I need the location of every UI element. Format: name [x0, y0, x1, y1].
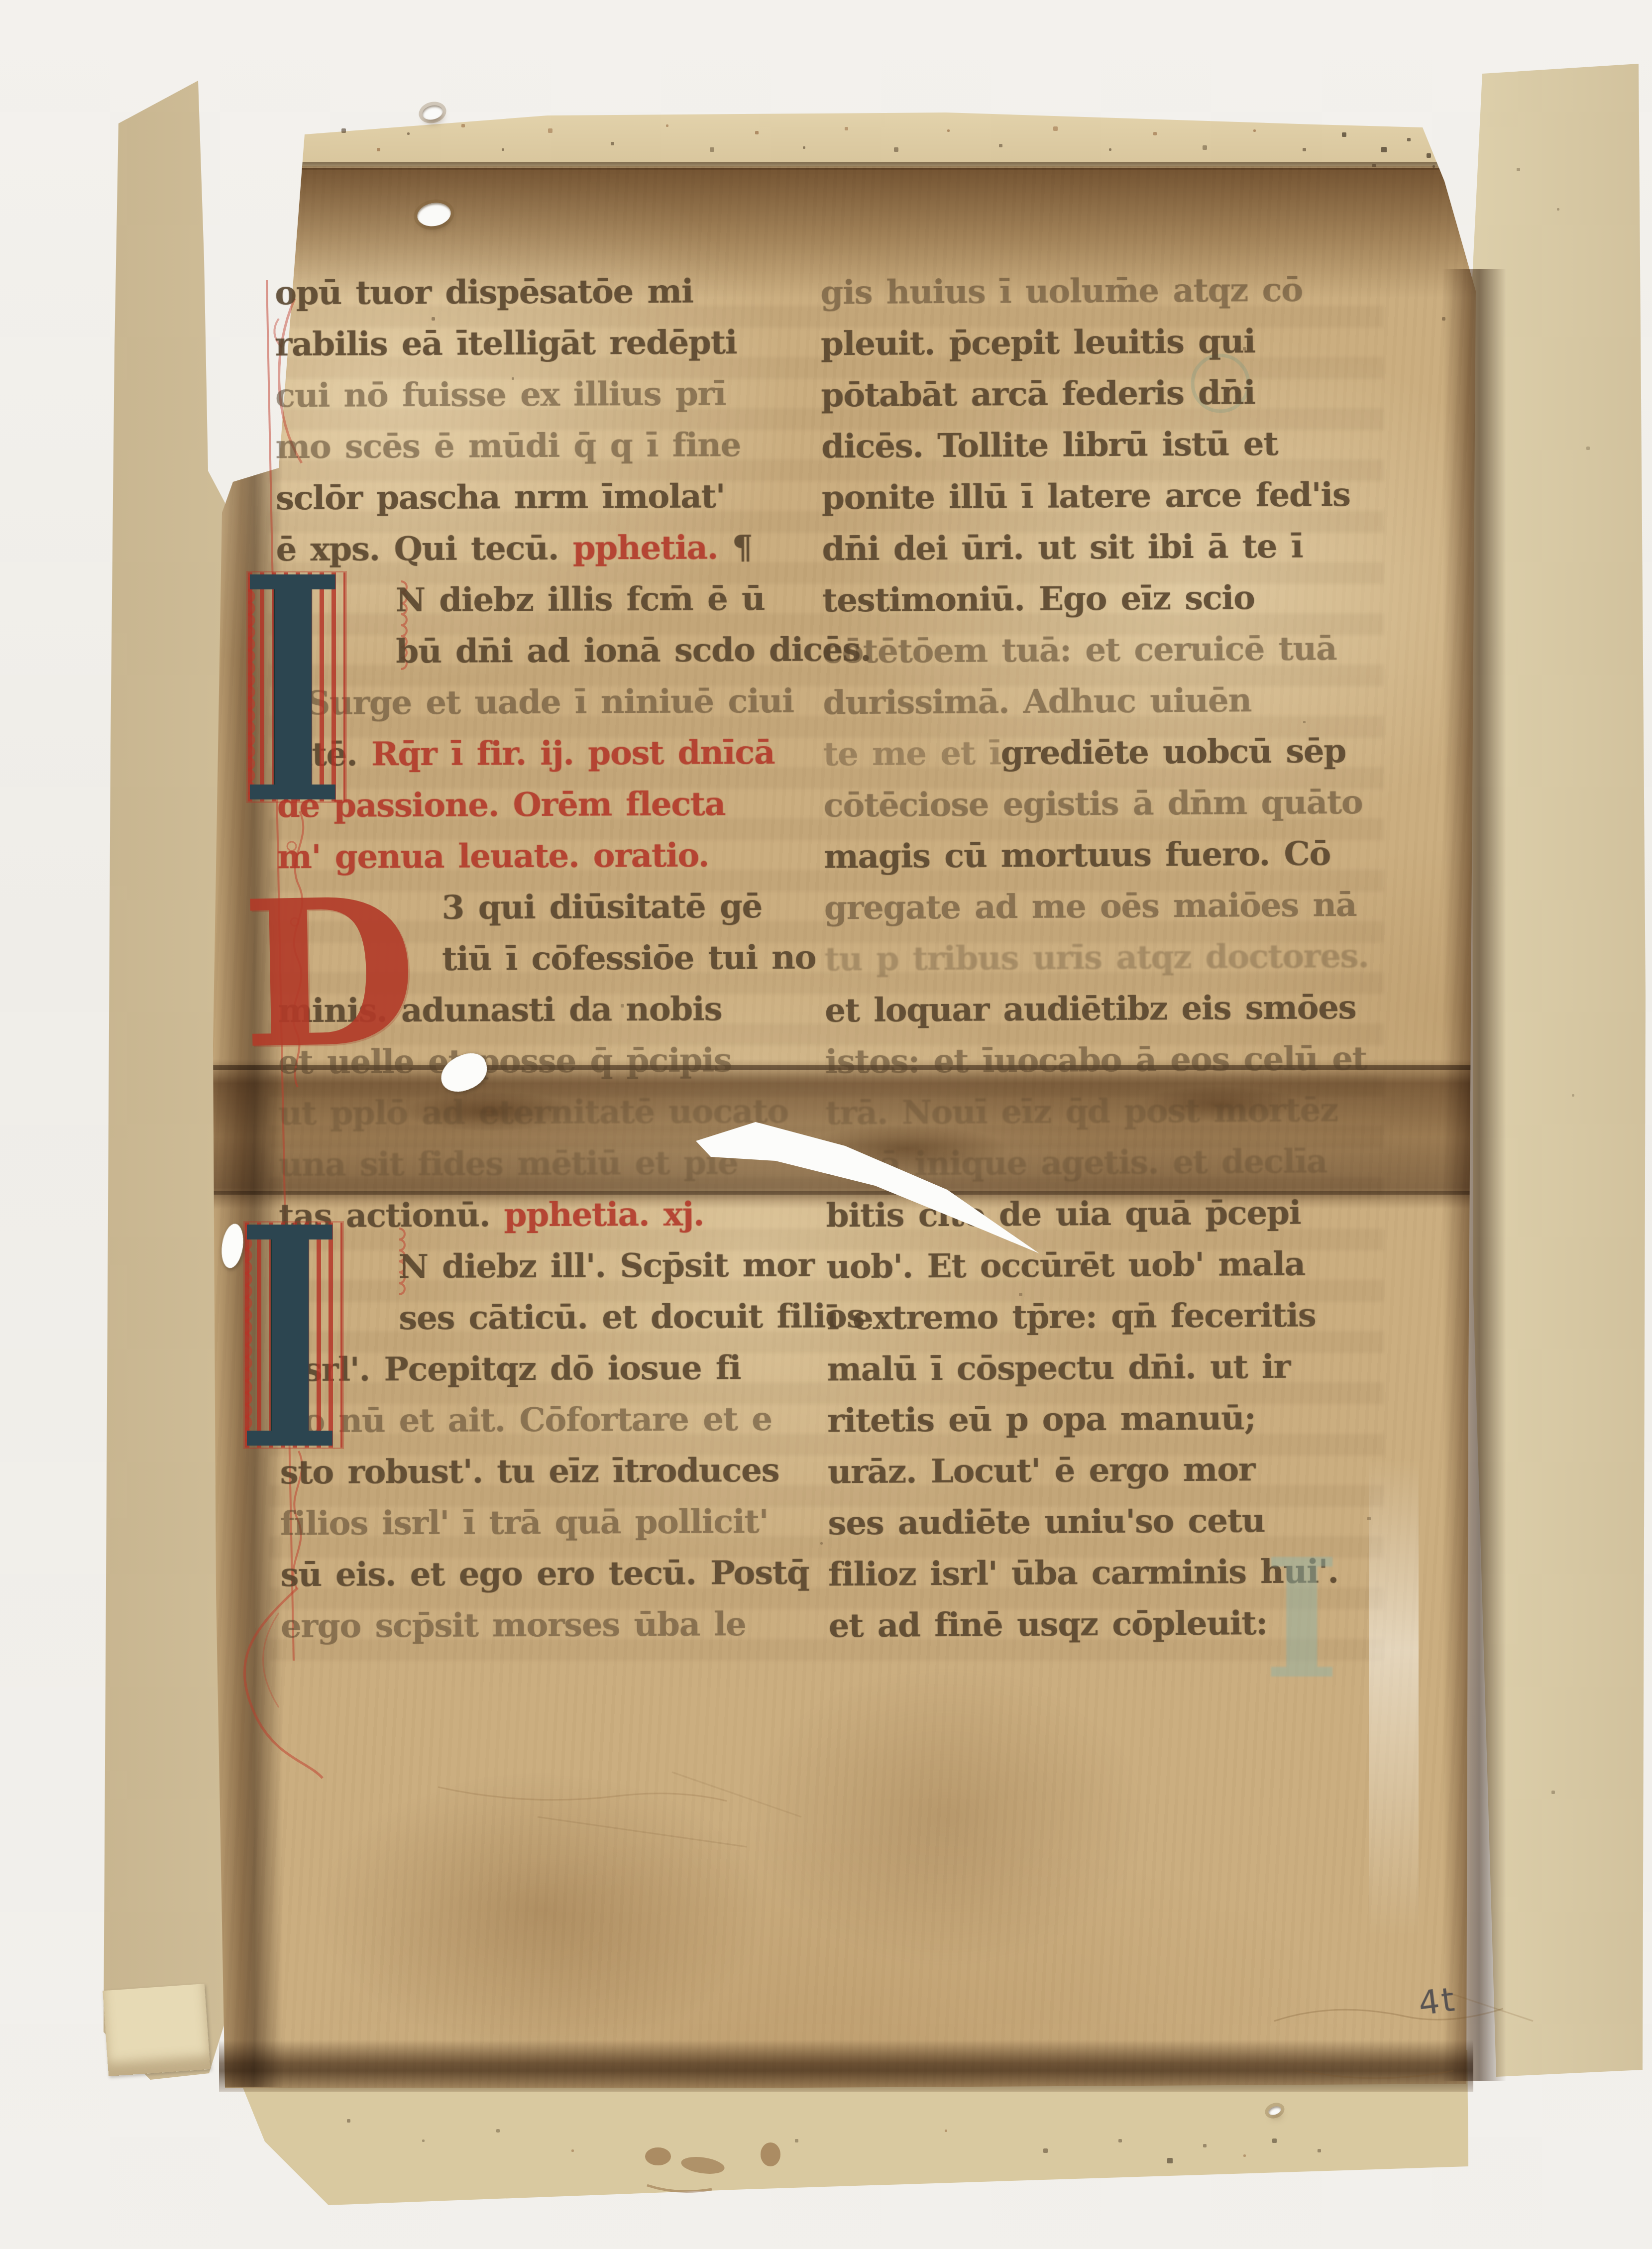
scratch-layer [0, 0, 1652, 2249]
scratch-mark [438, 1787, 727, 1801]
scan-background: opū tuor dispēsatōe mirabilis eā ītellig… [0, 0, 1652, 2249]
scratch-mark [1274, 2009, 1503, 2021]
ink-smudge [647, 2185, 712, 2192]
pencil-foliation-mark: 4t [1417, 1980, 1459, 2023]
ink-smudge [645, 2147, 671, 2165]
ink-smudge [761, 2142, 780, 2166]
ink-smudge [680, 2154, 726, 2176]
scratch-mark [538, 1817, 747, 1847]
scratch-mark [1304, 2071, 1453, 2078]
